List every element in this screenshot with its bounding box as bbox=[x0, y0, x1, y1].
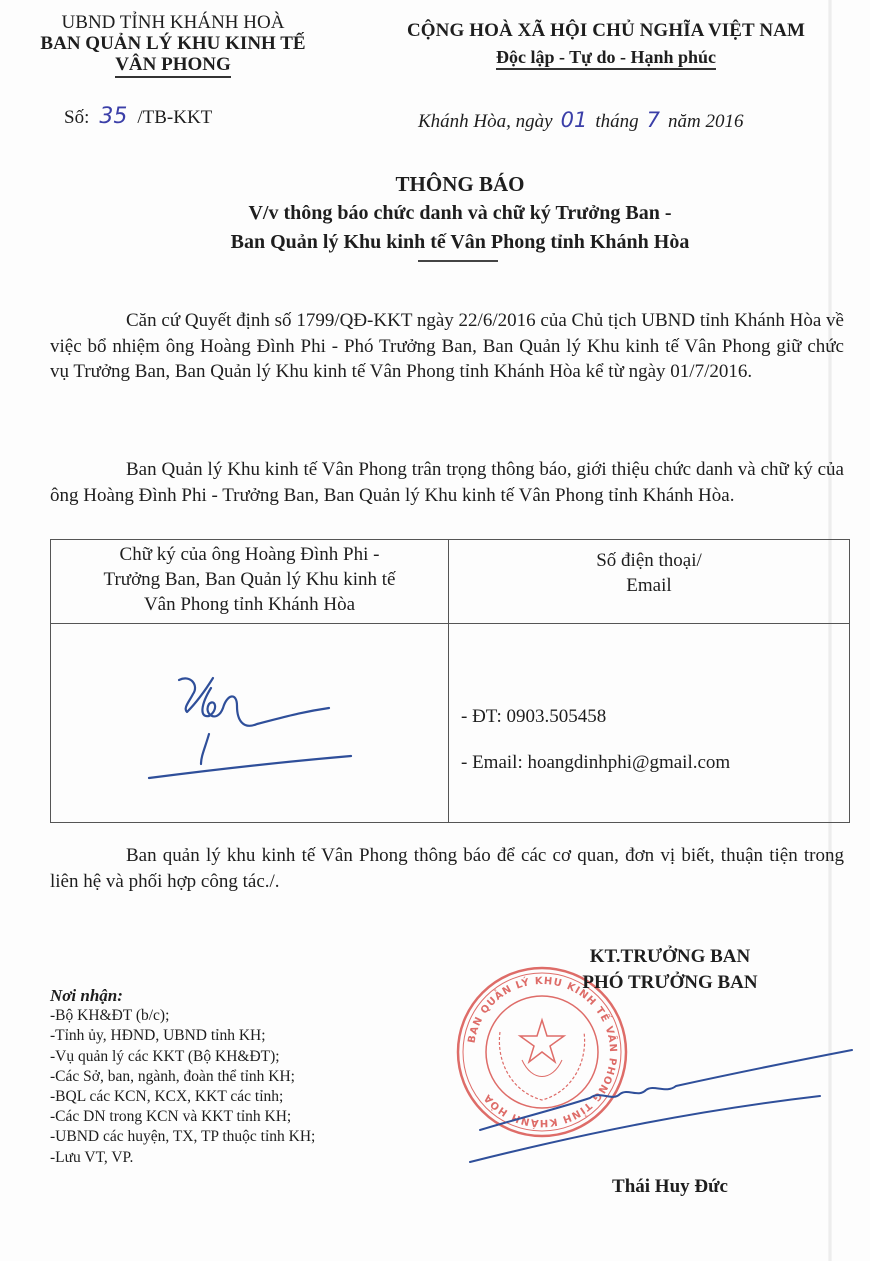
number-label: Số: bbox=[64, 107, 89, 128]
paragraph-closing: Ban quản lý khu kinh tế Vân Phong thông … bbox=[50, 843, 844, 894]
list-item: -Lưu VT, VP. bbox=[50, 1148, 315, 1168]
signature-cell bbox=[51, 624, 449, 823]
header-line: Số điện thoại/ bbox=[450, 548, 848, 573]
paragraph-announcement: Ban Quản lý Khu kinh tế Vân Phong trân t… bbox=[50, 457, 844, 508]
list-item: -Vụ quản lý các KKT (Bộ KH&ĐT); bbox=[50, 1047, 315, 1067]
date-day: 01 bbox=[561, 108, 588, 132]
date-month-label: tháng bbox=[595, 111, 638, 132]
document-date: Khánh Hòa, ngày01tháng7năm 2016 bbox=[418, 108, 743, 133]
signatory-line-1: KT.TRƯỞNG BAN bbox=[520, 944, 820, 970]
issuing-authority: UBND TỈNH KHÁNH HOÀ BAN QUẢN LÝ KHU KINH… bbox=[8, 12, 338, 75]
national-motto: Độc lập - Tự do - Hạnh phúc bbox=[496, 47, 716, 70]
national-title: CỘNG HOÀ XÃ HỘI CHỦ NGHĨA VIỆT NAM bbox=[366, 18, 846, 44]
paragraph-2-text: Ban Quản lý Khu kinh tế Vân Phong trân t… bbox=[50, 459, 844, 506]
paragraph-3-text: Ban quản lý khu kinh tế Vân Phong thông … bbox=[50, 845, 844, 892]
date-month: 7 bbox=[647, 108, 660, 132]
authority-line-2: BAN QUẢN LÝ KHU KINH TẾ bbox=[8, 33, 338, 54]
recipients-list: Nơi nhận: -Bộ KH&ĐT (b/c); -Tỉnh ủy, HĐN… bbox=[50, 986, 315, 1168]
subject-line-2: Ban Quản lý Khu kinh tế Vân Phong tỉnh K… bbox=[180, 228, 740, 257]
title-divider bbox=[418, 260, 498, 262]
signatory-title: KT.TRƯỞNG BAN PHÓ TRƯỞNG BAN bbox=[520, 944, 820, 996]
list-item: -Tỉnh ủy, HĐND, UBND tỉnh KH; bbox=[50, 1026, 315, 1046]
contact-cell: - ĐT: 0903.505458 - Email: hoangdinhphi@… bbox=[449, 624, 850, 823]
list-item: -UBND các huyện, TX, TP thuộc tỉnh KH; bbox=[50, 1127, 315, 1147]
header-line: Email bbox=[450, 573, 848, 598]
number-value: 35 bbox=[99, 104, 127, 129]
authority-line-1: UBND TỈNH KHÁNH HOÀ bbox=[8, 12, 338, 33]
table-header-row: Chữ ký của ông Hoàng Đình Phi - Trưởng B… bbox=[51, 540, 850, 624]
header-line: Vân Phong tỉnh Khánh Hòa bbox=[52, 592, 447, 617]
signer-signature-icon bbox=[440, 1010, 870, 1170]
national-header: CỘNG HOÀ XÃ HỘI CHỦ NGHĨA VIỆT NAM Độc l… bbox=[366, 18, 846, 70]
authority-line-3: VÂN PHONG bbox=[115, 54, 231, 78]
handwritten-signature-icon bbox=[51, 624, 446, 820]
signer-name: Thái Huy Đức bbox=[520, 1176, 820, 1198]
signature-contact-table: Chữ ký của ông Hoàng Đình Phi - Trưởng B… bbox=[50, 539, 850, 823]
list-item: -BQL các KCN, KCX, KKT các tỉnh; bbox=[50, 1087, 315, 1107]
header-line: Chữ ký của ông Hoàng Đình Phi - bbox=[52, 542, 447, 567]
document-title: THÔNG BÁO V/v thông báo chức danh và chữ… bbox=[180, 170, 740, 257]
table-row: - ĐT: 0903.505458 - Email: hoangdinhphi@… bbox=[51, 624, 850, 823]
subject-line-1: V/v thông báo chức danh và chữ ký Trưởng… bbox=[180, 199, 740, 228]
date-year: năm 2016 bbox=[668, 111, 743, 132]
header-line: Trưởng Ban, Ban Quản lý Khu kinh tế bbox=[52, 567, 447, 592]
number-suffix: /TB-KKT bbox=[137, 107, 212, 128]
list-item: -Các DN trong KCN và KKT tỉnh KH; bbox=[50, 1107, 315, 1127]
recipients-heading: Nơi nhận: bbox=[50, 986, 315, 1006]
list-item: -Bộ KH&ĐT (b/c); bbox=[50, 1006, 315, 1026]
phone-number: - ĐT: 0903.505458 bbox=[461, 694, 848, 740]
title-heading: THÔNG BÁO bbox=[180, 170, 740, 199]
paragraph-1-text: Căn cứ Quyết định số 1799/QĐ-KKT ngày 22… bbox=[50, 310, 844, 382]
header-contact-column: Số điện thoại/ Email bbox=[449, 540, 850, 624]
document-number: Số:35/TB-KKT bbox=[64, 104, 212, 129]
email-address: - Email: hoangdinhphi@gmail.com bbox=[461, 740, 848, 786]
list-item: -Các Sở, ban, ngành, đoàn thể tỉnh KH; bbox=[50, 1067, 315, 1087]
header-signature-column: Chữ ký của ông Hoàng Đình Phi - Trưởng B… bbox=[51, 540, 449, 624]
signatory-line-2: PHÓ TRƯỞNG BAN bbox=[520, 970, 820, 996]
date-place: Khánh Hòa, ngày bbox=[418, 111, 553, 132]
paragraph-legal-basis: Căn cứ Quyết định số 1799/QĐ-KKT ngày 22… bbox=[50, 308, 844, 385]
